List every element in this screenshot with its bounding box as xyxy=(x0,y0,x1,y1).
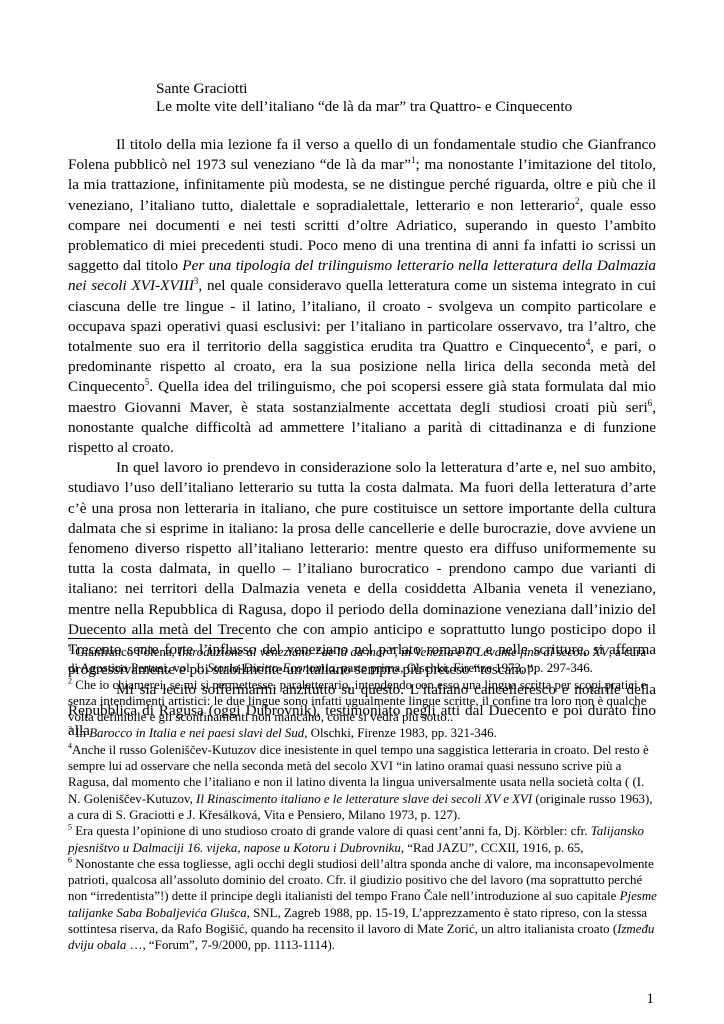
footnote-2: 2 Che io chiamerei, se mi si permettesse… xyxy=(68,677,658,726)
page-number: 1 xyxy=(647,991,655,1008)
footnote-separator xyxy=(68,638,243,639)
paragraph-1: Il titolo della mia lezione fa il verso … xyxy=(68,135,656,458)
document-page: Sante Graciotti Le molte vite dell’itali… xyxy=(68,80,656,741)
footnotes: 1 Gianfranco Folena, Introduzione al ven… xyxy=(68,644,658,954)
footnote-4: 4Anche il russo Goleniščev-Kutuzov dice … xyxy=(68,742,658,823)
lecture-title: Le molte vite dell’italiano “de là da ma… xyxy=(156,98,656,116)
footnote-6: 6 Nonostante che essa togliesse, agli oc… xyxy=(68,856,658,954)
footnote-1: 1 Gianfranco Folena, Introduzione al ven… xyxy=(68,644,658,677)
author-name: Sante Graciotti xyxy=(156,80,656,98)
footnote-3: 3 In Barocco in Italia e nei paesi slavi… xyxy=(68,725,658,741)
footnote-5: 5 Era questa l’opinione di uno studioso … xyxy=(68,823,658,856)
